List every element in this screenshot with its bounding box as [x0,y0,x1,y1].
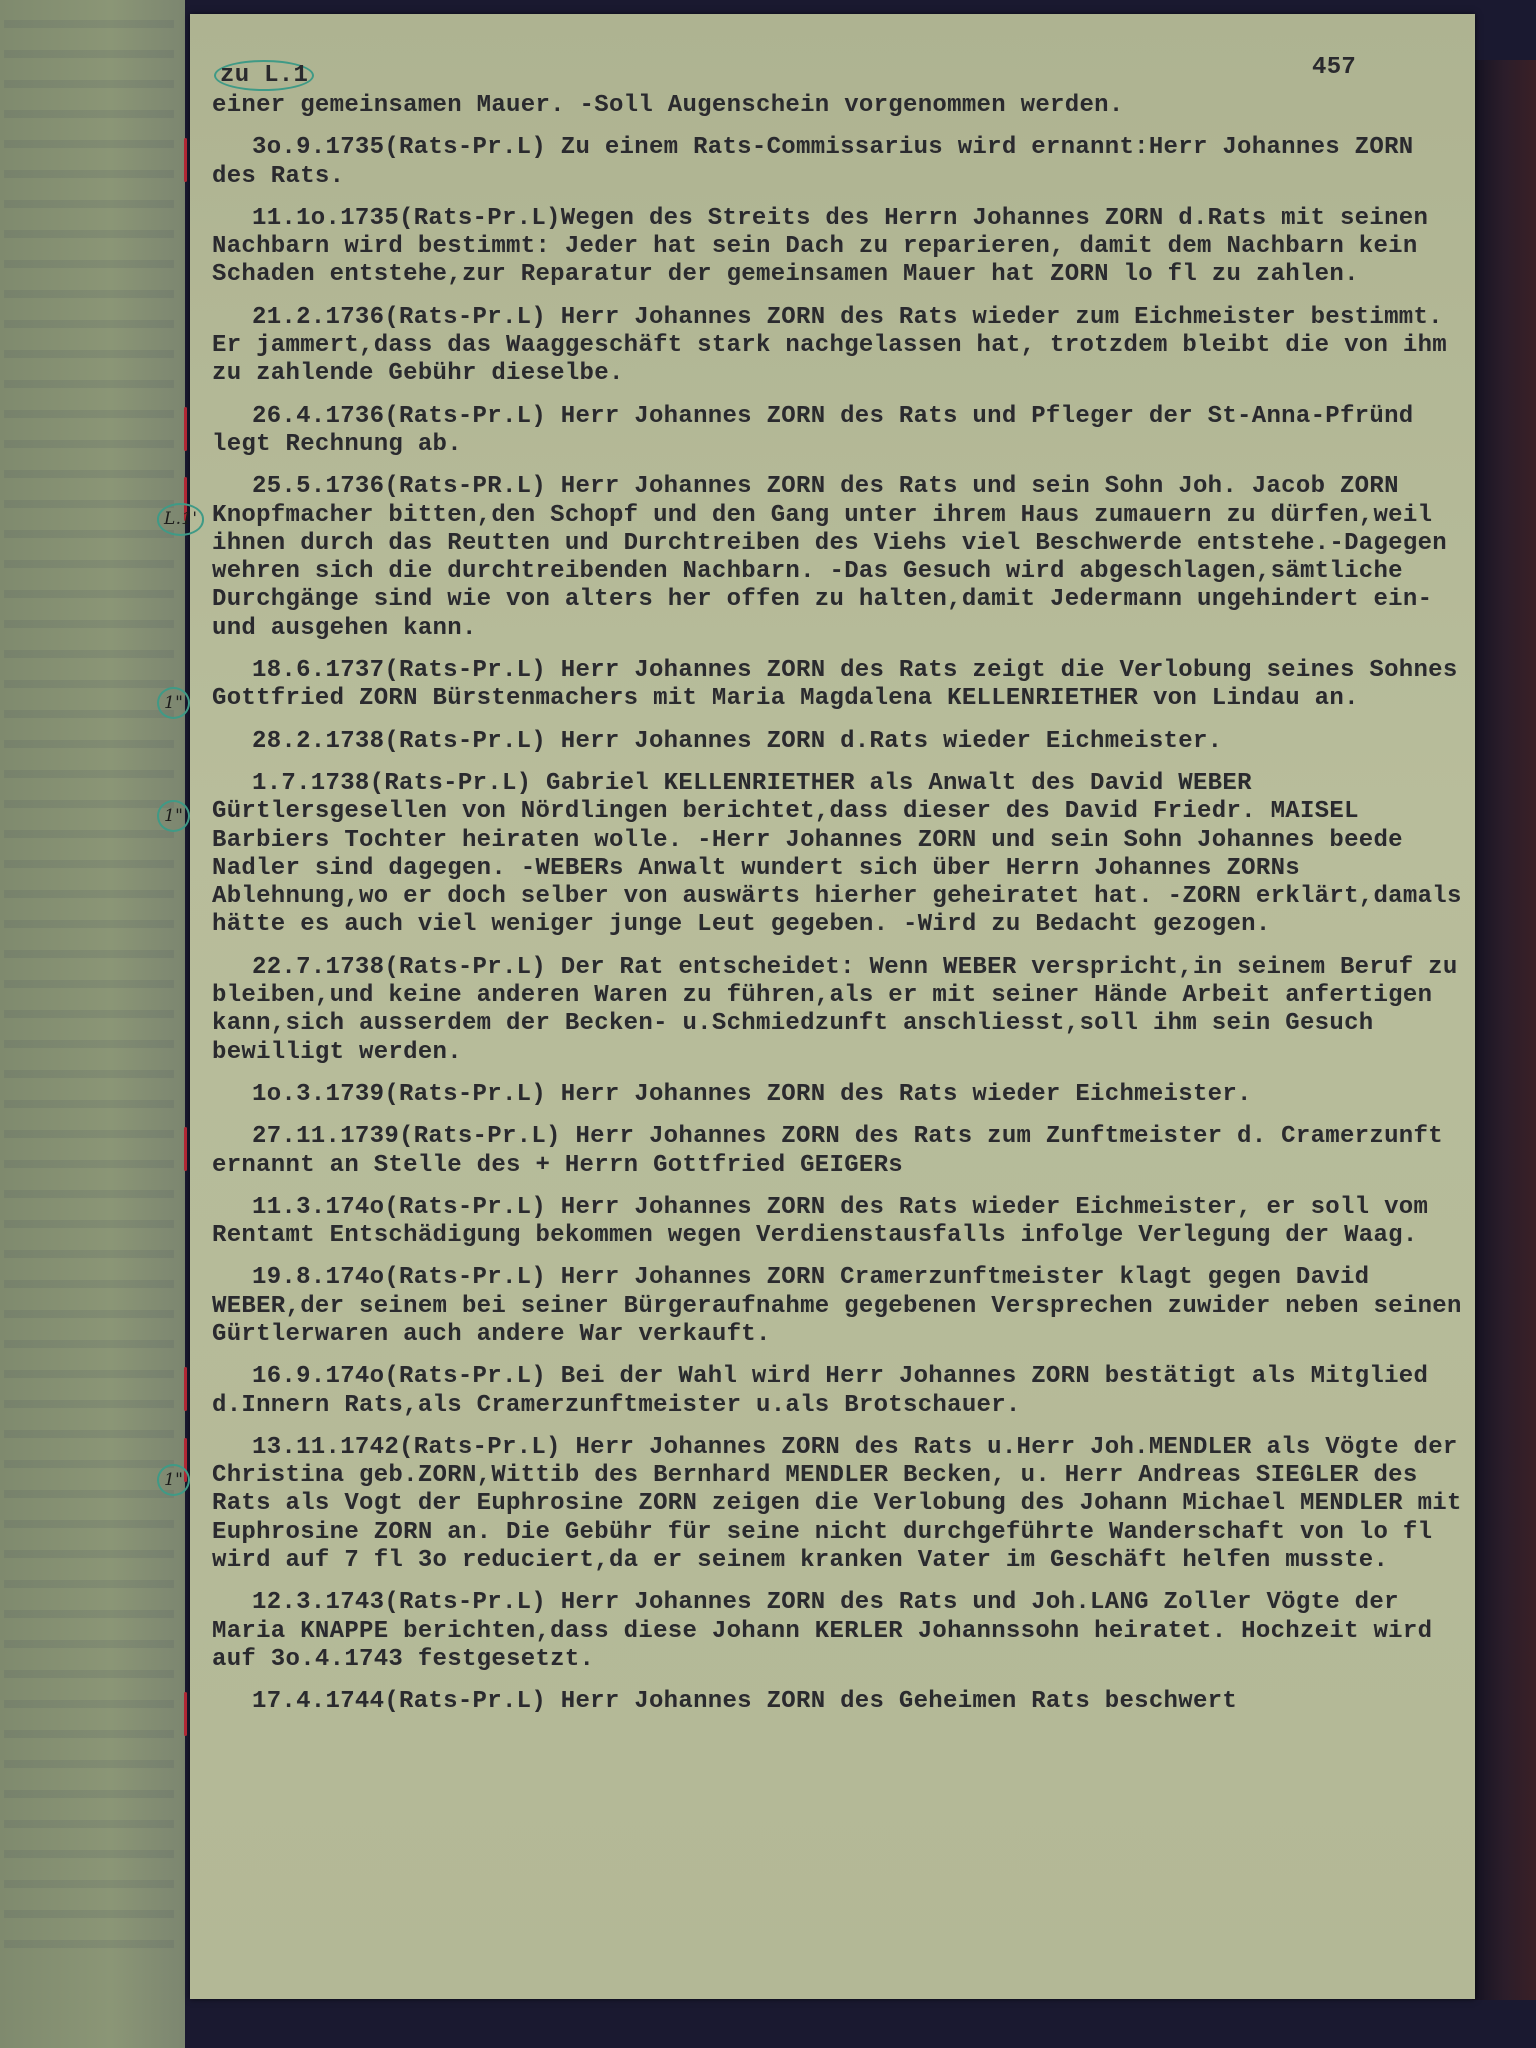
record-entry: 3o.9.1735(Rats-Pr.L) Zu einem Rats-Commi… [212,134,1462,191]
red-margin-mark [184,407,187,451]
record-entry: 28.2.1738(Rats-Pr.L) Herr Johannes ZORN … [212,728,1462,756]
record-entry: 1.7.1738(Rats-Pr.L) Gabriel KELLENRIETHE… [212,770,1462,940]
continuation-text: einer gemeinsamen Mauer. -Soll Augensche… [212,92,1462,120]
record-entry: 27.11.1739(Rats-Pr.L) Herr Johannes ZORN… [212,1123,1462,1180]
facing-left-page [0,0,185,2048]
page-header: zu L.1 457 [212,62,1462,92]
entry-date: 21.2.1736(Rats-Pr.L) [252,304,546,331]
record-entry: 26.4.1736(Rats-Pr.L) Herr Johannes ZORN … [212,403,1462,460]
record-entry: 1o.3.1739(Rats-Pr.L) Herr Johannes ZORN … [212,1081,1462,1109]
margin-annotation: 1" [157,800,190,832]
page-text: zu L.1 457 einer gemeinsamen Mauer. -Sol… [212,62,1462,1731]
red-margin-mark [184,1692,187,1736]
red-margin-mark [184,1367,187,1411]
entry-date: 1o.3.1739(Rats-Pr.L) [252,1081,546,1108]
bleed-through-text [4,20,174,1970]
entry-date: 1.7.1738(Rats-Pr.L) [252,770,531,797]
typewritten-page: zu L.1 457 einer gemeinsamen Mauer. -Sol… [190,14,1475,1999]
entry-date: 18.6.1737(Rats-Pr.L) [252,657,546,684]
margin-annotation: L.1' [157,503,204,535]
entry-date: 28.2.1738(Rats-Pr.L) [252,728,546,755]
entry-date: 25.5.1736(Rats-PR.L) [252,473,546,500]
entry-text: Herr Johannes ZORN d.Rats wieder Eichmei… [546,728,1222,755]
record-entry: 13.11.1742(Rats-Pr.L) Herr Johannes ZORN… [212,1434,1462,1575]
record-entry: 19.8.174o(Rats-Pr.L) Herr Johannes ZORN … [212,1264,1462,1349]
entry-date: 12.3.1743(Rats-Pr.L) [252,1589,546,1616]
red-margin-mark [184,138,187,182]
record-entry: 22.7.1738(Rats-Pr.L) Der Rat entscheidet… [212,954,1462,1067]
entry-date: 16.9.174o(Rats-Pr.L) [252,1363,546,1390]
entry-date: 3o.9.1735(Rats-Pr.L) [252,134,546,161]
entry-date: 11.1o.1735(Rats-Pr.L) [252,205,561,232]
record-entry: 17.4.1744(Rats-Pr.L) Herr Johannes ZORN … [212,1688,1462,1716]
record-entry: 16.9.174o(Rats-Pr.L) Bei der Wahl wird H… [212,1363,1462,1420]
record-entry: 11.3.174o(Rats-Pr.L) Herr Johannes ZORN … [212,1194,1462,1251]
entry-text: Herr Johannes ZORN des Geheimen Rats bes… [546,1688,1237,1715]
header-reference: zu L.1 [214,62,314,90]
record-entry: 21.2.1736(Rats-Pr.L) Herr Johannes ZORN … [212,304,1462,389]
entry-date: 26.4.1736(Rats-Pr.L) [252,403,546,430]
record-entry: 12.3.1743(Rats-Pr.L) Herr Johannes ZORN … [212,1589,1462,1674]
record-entry: 18.6.1737(Rats-Pr.L) Herr Johannes ZORN … [212,657,1462,714]
margin-annotation: 1" [157,687,190,719]
red-margin-mark [184,1127,187,1171]
ref-circle: zu L.1 [214,60,314,91]
book-binding-edge [1472,60,1536,2000]
entry-list: 3o.9.1735(Rats-Pr.L) Zu einem Rats-Commi… [212,134,1462,1716]
margin-annotation: 1" [157,1464,190,1496]
entry-text: Herr Johannes ZORN des Rats wieder Eichm… [546,1081,1252,1108]
entry-date: 22.7.1738(Rats-Pr.L) [252,954,546,981]
page-number: 457 [1312,54,1356,82]
entry-date: 27.11.1739(Rats-Pr.L) [252,1123,561,1150]
record-entry: 11.1o.1735(Rats-Pr.L)Wegen des Streits d… [212,205,1462,290]
entry-date: 19.8.174o(Rats-Pr.L) [252,1264,546,1291]
record-entry: 25.5.1736(Rats-PR.L) Herr Johannes ZORN … [212,473,1462,643]
entry-date: 17.4.1744(Rats-Pr.L) [252,1688,546,1715]
entry-date: 13.11.1742(Rats-Pr.L) [252,1434,561,1461]
entry-date: 11.3.174o(Rats-Pr.L) [252,1194,546,1221]
